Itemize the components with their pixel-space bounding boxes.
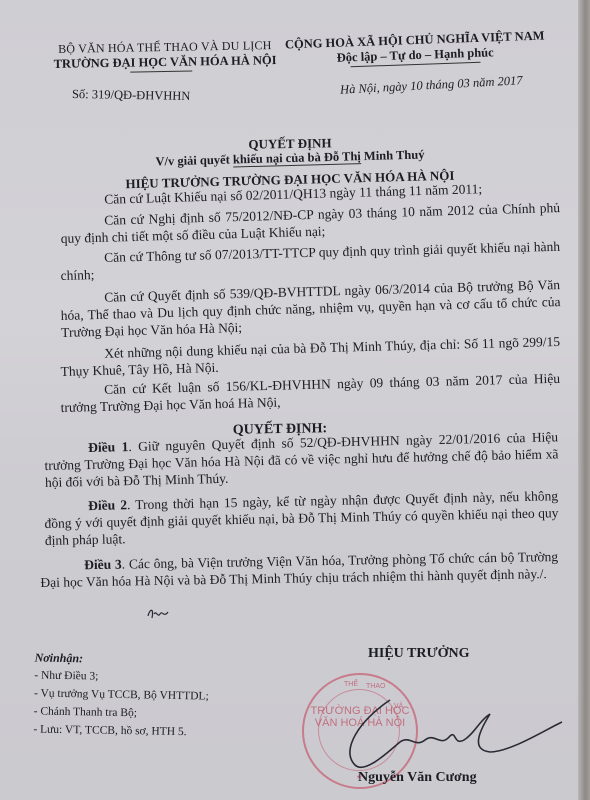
document-number: Số: 319/QĐ-ĐHVHHN bbox=[72, 87, 191, 104]
university-name: TRƯỜNG ĐẠI HỌC VĂN HÓA HÀ NỘI bbox=[50, 53, 280, 72]
seal-ring-text: THỂ bbox=[344, 681, 358, 688]
article-2: Điều 2. Trong thời hạn 15 ngày, kể từ ng… bbox=[44, 487, 559, 549]
issuer-block: BỘ VĂN HÓA THỂ THAO VÀ DU LỊCH TRƯỜNG ĐẠ… bbox=[50, 38, 281, 74]
signer-name: Nguyễn Văn Cương bbox=[358, 770, 477, 786]
handwritten-signature bbox=[330, 690, 570, 780]
recipient-item: - Lưu: VT, TCCB, hồ sơ, HTH 5. bbox=[33, 720, 208, 741]
recipients-block: Nơinhận: - Như Điều 3; - Vụ trưởng Vụ TC… bbox=[33, 648, 209, 741]
seal-ring-text: THAO bbox=[366, 683, 385, 690]
page-edge-shadow bbox=[578, 0, 590, 800]
initials-mark bbox=[146, 606, 170, 622]
signer-title: HIỆU TRƯỞNG bbox=[368, 646, 470, 662]
